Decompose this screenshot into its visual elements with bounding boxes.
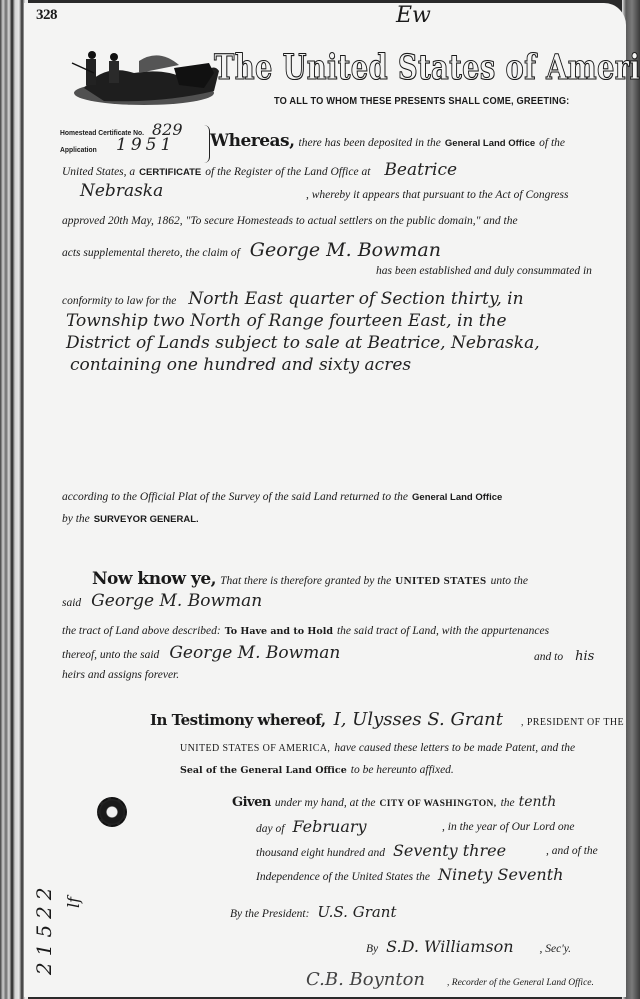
land-office-city: Beatrice (384, 160, 457, 180)
testimony-line-1: In Testimony whereof, I, Ulysses S. Gran… (150, 709, 624, 730)
month: February (292, 817, 366, 836)
land-description-line-1: North East quarter of Section thirty, in (188, 289, 523, 309)
given-line-2: day of February (256, 817, 367, 837)
secretary-signature: S.D. Williamson (386, 937, 513, 956)
margin-initials: lf (64, 897, 83, 908)
grantee-name: George M. Bowman (91, 591, 262, 611)
testimony-line-2: UNITED STATES OF AMERICA, have caused th… (180, 738, 575, 756)
document-title: The United States of America, (214, 47, 640, 88)
grant-line-3: the tract of Land above described: To Ha… (62, 621, 549, 639)
land-description-line-4: containing one hundred and sixty acres (70, 355, 411, 375)
survey-line-2: by the SURVEYOR GENERAL. (62, 509, 199, 527)
whereas-line-1: Whereas, there has been deposited in the… (210, 131, 565, 151)
given-line-3: thousand eight hundred and Seventy three (256, 841, 506, 861)
scan-frame: 328 Ew The United States of America, TO … (0, 0, 640, 999)
whereas-line-2: United States, a CERTIFICATE of the Regi… (62, 160, 457, 180)
independence-year: Ninety Seventh (438, 865, 563, 884)
harvest-vignette-icon (64, 43, 224, 108)
corner-mark: Ew (396, 3, 431, 28)
margin-number: 21522 (32, 881, 56, 975)
page-number: 328 (36, 7, 57, 24)
grant-line-4-end: and to his (534, 647, 594, 665)
whereas-line-7: conformity to law for the North East qua… (62, 289, 524, 309)
land-office-state: Nebraska (80, 181, 163, 201)
grant-line-4: thereof, unto the said George M. Bowman (62, 643, 340, 663)
claimant-name: George M. Bowman (250, 239, 441, 261)
survey-line-1: according to the Official Plat of the Su… (62, 487, 502, 505)
whereas-line-5: acts supplemental thereto, the claim of … (62, 239, 441, 261)
given-line-4: Independence of the United States the Ni… (256, 865, 563, 885)
application-number: 1951 (116, 135, 175, 155)
whereas-line-4: approved 20th May, 1862, "To secure Home… (62, 215, 518, 227)
by-the-president-line: By the President: U.S. Grant (230, 903, 397, 922)
given-line-3-end: , and of the (546, 845, 598, 857)
land-description-line-2: Township two North of Range fourteen Eas… (66, 311, 507, 331)
grantee-name-2: George M. Bowman (169, 643, 340, 663)
testimony-line-3: Seal of the General Land Office to be he… (180, 760, 454, 778)
application-label: Application (60, 145, 97, 154)
given-line-1: Given under my hand, at the CITY OF WASH… (232, 793, 556, 811)
land-patent-page: 328 Ew The United States of America, TO … (24, 3, 626, 997)
recorder-signature: C.B. Boynton (306, 969, 425, 990)
secretary-line: By S.D. Williamson , Sec'y. (366, 937, 571, 957)
grant-line-2: said George M. Bowman (62, 591, 262, 611)
greeting-line: TO ALL TO WHOM THESE PRESENTS SHALL COME… (274, 95, 569, 107)
grant-line-5: heirs and assigns forever. (62, 669, 179, 681)
grant-line-1: Now know ye, That there is therefore gra… (92, 569, 528, 589)
general-land-office-seal-icon (97, 797, 127, 827)
whereas-line-3: , whereby it appears that pursuant to th… (306, 189, 568, 201)
president-initials-signature: U.S. Grant (317, 903, 396, 921)
president-signature: I, Ulysses S. Grant (334, 709, 503, 730)
day-of-month: tenth (519, 794, 557, 810)
given-line-2-end: , in the year of Our Lord one (442, 821, 574, 833)
recorder-line: C.B. Boynton , Recorder of the General L… (306, 969, 594, 990)
land-description-line-3: District of Lands subject to sale at Bea… (66, 333, 540, 353)
year-in-words: Seventy three (393, 841, 506, 860)
whereas-line-6: has been established and duly consummate… (376, 265, 592, 277)
